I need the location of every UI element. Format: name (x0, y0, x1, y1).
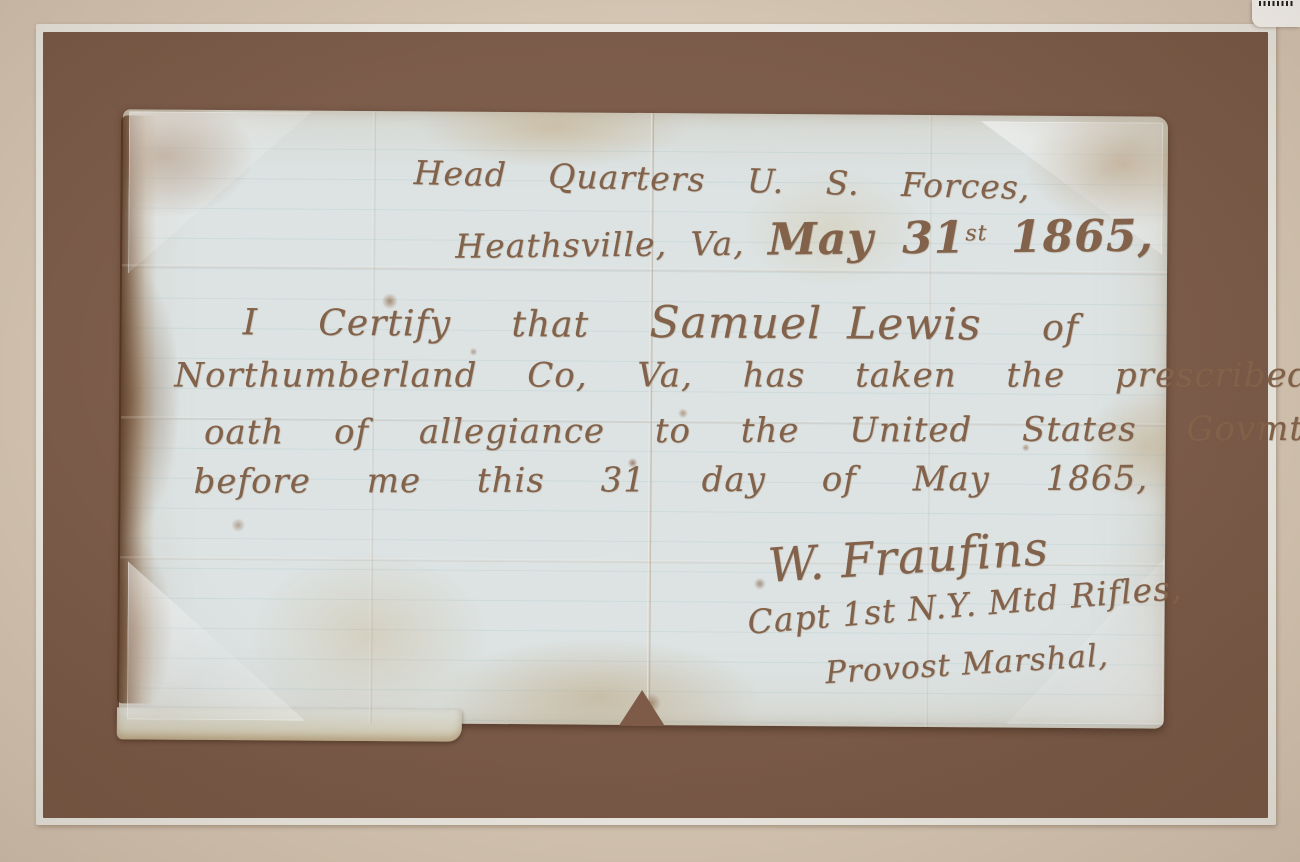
doc-header-place: Heathsville, Va, (455, 224, 745, 266)
doc-body-subject-name: Samuel Lewis (649, 297, 981, 350)
framed-document-photo: Head Quarters U. S. Forces, Heathsville,… (0, 0, 1300, 862)
outer-white-mat: Head Quarters U. S. Forces, Heathsville,… (36, 24, 1276, 825)
inventory-tag (1252, 0, 1300, 27)
doc-header-line2: Heathsville, Va, May 31st 1865, (455, 210, 1154, 268)
doc-body-line3: oath of allegiance to the United States … (204, 409, 1300, 453)
document-paper: Head Quarters U. S. Forces, Heathsville,… (119, 109, 1168, 728)
doc-header-date-ordinal: st (965, 221, 987, 246)
inner-brown-mat: Head Quarters U. S. Forces, Heathsville,… (43, 32, 1268, 818)
doc-body-line1-suffix: of (1042, 308, 1079, 349)
doc-body-line1-prefix: I Certify that (243, 302, 590, 345)
doc-body-line2: Northumberland Co, Va, has taken the pre… (174, 356, 1300, 396)
doc-header-date: May 31 (768, 212, 966, 265)
barcode-icon (1259, 1, 1295, 6)
doc-body-line1: I Certify that Samuel Lewis of (243, 294, 1080, 351)
doc-header-year: 1865, (1011, 210, 1154, 262)
doc-body-line4: before me this 31 day of May 1865, (194, 459, 1149, 502)
